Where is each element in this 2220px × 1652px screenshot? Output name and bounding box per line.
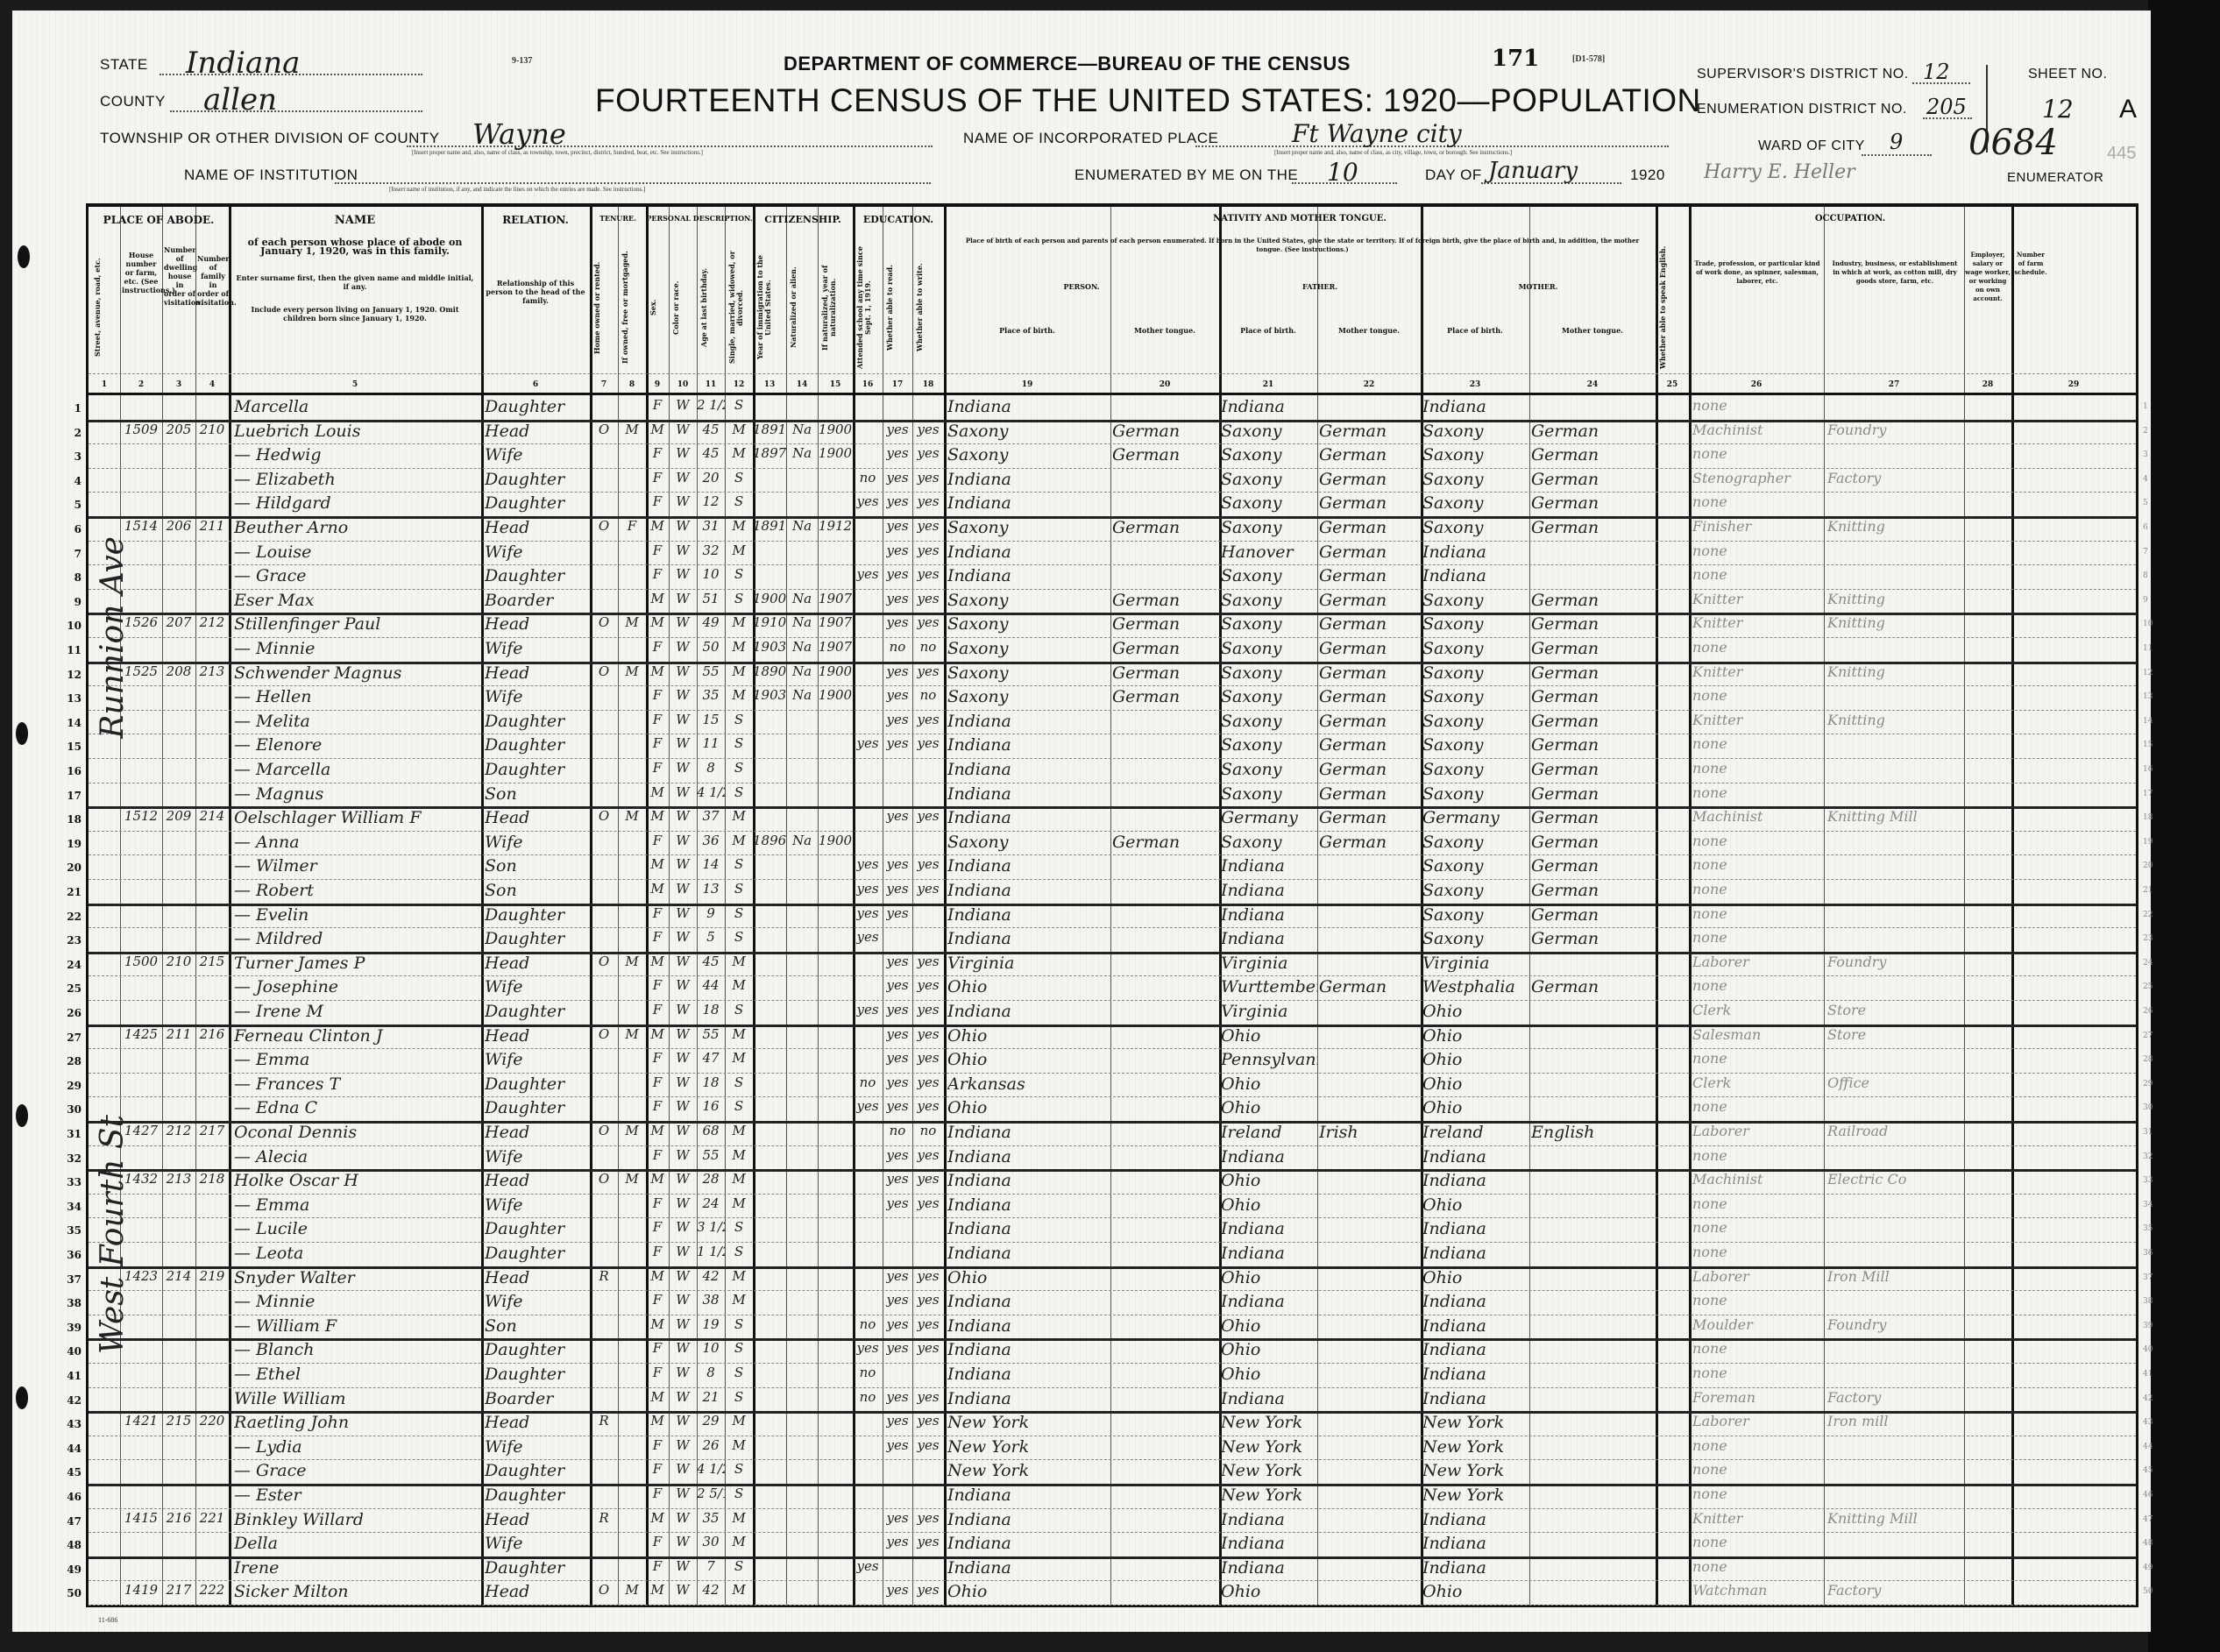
cell-race: W [669,1195,697,1211]
cell-age: 44 [697,977,725,993]
cell-fpob: Indiana [1221,1292,1317,1311]
c9-label: Sex. [649,242,667,373]
cell-occ: none [1692,760,1824,776]
cell-age: 26 [697,1437,725,1453]
cell-ms: S [725,760,753,776]
line-number-right: 21 [2143,886,2162,895]
cell-sex: F [646,1365,669,1380]
cell-mmt: German [1531,614,1654,634]
column-number: 21 [1219,380,1317,389]
cell-naty: 1900 [818,445,853,461]
cell-name: — William F [234,1316,479,1336]
cell-nat: Na [786,614,818,630]
institution-note: [Insert name of institution, if any, and… [389,186,646,193]
cell-mmt: German [1531,663,1654,683]
cell-wr: yes [912,1316,944,1332]
cell-fpob: Indiana [1221,856,1317,876]
line-number: 50 [62,1587,82,1599]
cell-rd: yes [883,977,912,993]
cell-own: O [590,518,618,534]
cell-rel: Daughter [485,397,588,416]
cell-race: W [669,614,697,630]
scan-border [2148,0,2220,1652]
cell-mt: German [1112,422,1217,441]
cell-rel: Son [485,856,588,876]
cell-pob: Indiana [947,784,1109,804]
cell-age: 9 [697,905,725,921]
c13-label: Year of immigration to the United States… [756,242,784,373]
cell-sex: M [646,1389,669,1405]
cell-dw: 211 [162,1026,195,1042]
cell-ms: M [725,954,753,969]
cell-ind: Knitting [1827,614,1964,631]
cell-race: W [669,566,697,582]
cell-occ: none [1692,1437,1824,1454]
cell-occ: none [1692,1244,1824,1260]
cell-rd: yes [883,591,912,606]
cell-age: 28 [697,1171,725,1187]
cell-mpob: Saxony [1422,470,1529,489]
cell-race: W [669,1485,697,1501]
cell-fpob: Saxony [1221,591,1317,610]
cell-race: W [669,808,697,824]
cell-occ: Clerk [1692,1074,1824,1091]
cell-wr: yes [912,1195,944,1211]
cell-fpob: Ohio [1221,1026,1317,1046]
cell-age: 29 [697,1413,725,1429]
cell-fmt: German [1319,445,1421,464]
table-row: 221509205210Luebrich LouisHeadOMMW45M189… [89,420,2136,445]
table-row: 55— HildgardDaughterFW12SyesyesyesIndian… [89,492,2136,519]
cell-race: W [669,1534,697,1549]
cell-rel: Head [485,1510,588,1529]
occ-employer-label: Employer, salary or wage worker, or work… [1964,251,2011,303]
line-number: 44 [62,1443,82,1455]
line-number-right: 39 [2143,1322,2162,1330]
cell-house: 1421 [120,1413,162,1429]
cell-ms: S [725,1365,753,1380]
cell-age: 1 1/2 [697,1244,725,1259]
column-number: 24 [1529,380,1656,389]
line-number: 6 [62,523,82,535]
table-row: 2020— WilmerSonMW14SyesyesyesIndianaIndi… [89,854,2136,880]
cell-ms: S [725,566,753,582]
cell-race: W [669,929,697,945]
cell-race: W [669,1147,697,1163]
cell-mt: German [1112,614,1217,634]
cell-rel: Head [485,518,588,537]
line-number-right: 30 [2143,1103,2162,1112]
cell-race: W [669,1510,697,1526]
cell-mpob: Saxony [1422,493,1529,513]
table-row: 2525— JosephineWifeFW44MyesyesOhioWurtte… [89,975,2136,1001]
cell-fpob: Saxony [1221,784,1317,804]
cell-name: — Josephine [234,977,479,996]
cell-sch: yes [853,1340,883,1356]
cell-ms: S [725,1558,753,1574]
cell-fpob: Ohio [1221,1316,1317,1336]
cell-sex: M [646,1582,669,1598]
line-number-right: 12 [2143,669,2162,677]
line-number-right: 18 [2143,813,2162,822]
cell-rel: Daughter [485,1219,588,1238]
cell-mmt: German [1531,493,1654,513]
cell-age: 24 [697,1195,725,1211]
cell-wr: yes [912,1074,944,1090]
cell-pob: Saxony [947,518,1109,537]
cell-occ: none [1692,881,1824,897]
cell-name: Turner James P [234,954,479,973]
cell-pob: Indiana [947,1316,1109,1336]
cell-sex: M [646,1026,669,1042]
cell-sch: no [853,1316,883,1332]
cell-sex: F [646,639,669,655]
column-number: 27 [1824,380,1964,389]
cell-rd: yes [883,1437,912,1453]
cell-rd: yes [883,470,912,486]
cell-mpob: Indiana [1422,1558,1529,1578]
cell-ms: M [725,833,753,848]
cell-occ: Machinist [1692,1171,1824,1188]
cell-mt: German [1112,591,1217,610]
cell-mmt: German [1531,881,1654,900]
cell-rd: yes [883,542,912,558]
form-number: 9-137 [512,56,532,66]
cell-age: 12 [697,493,725,509]
street-name-1: Runnion Ave [95,536,131,739]
cell-sex: F [646,470,669,486]
cell-fpob: Ohio [1221,1268,1317,1287]
cell-race: W [669,1365,697,1380]
cell-pob: New York [947,1437,1109,1457]
cell-rd: yes [883,1050,912,1066]
cell-mort: M [618,663,646,679]
line-number-right: 3 [2143,450,2162,459]
occ-trade-label: Trade, profession, or particular kind of… [1694,259,1820,286]
cell-mmt: German [1531,422,1654,441]
table-row: 12121525208213Schwender MagnusHeadOMMW55… [89,662,2136,687]
cell-wr: yes [912,591,944,606]
cell-own: R [590,1510,618,1526]
cell-dw: 217 [162,1582,195,1598]
group-name: NAME [229,214,481,227]
cell-mort: M [618,954,646,969]
cell-occ: Laborer [1692,954,1824,970]
line-number-right: 1 [2143,402,2162,411]
cell-dw: 213 [162,1171,195,1187]
cell-ms: S [725,1002,753,1017]
cell-race: W [669,1316,697,1332]
cell-occ: none [1692,566,1824,583]
cell-own: O [590,1123,618,1138]
cell-mort: M [618,808,646,824]
cell-fmt: German [1319,808,1421,827]
cell-race: W [669,1340,697,1356]
cell-pob: New York [947,1413,1109,1432]
column-number: 12 [725,380,753,389]
table-row: 1414— MelitaDaughterFW15SyesyesIndianaSa… [89,710,2136,735]
cell-rel: Daughter [485,566,588,585]
cell-mpob: Ohio [1422,1026,1529,1046]
cell-ms: M [725,1147,753,1163]
line-number-right: 15 [2143,741,2162,749]
cell-ms: M [725,687,753,703]
column-number: 18 [912,380,944,389]
cell-age: 21 [697,1389,725,1405]
cell-ms: M [725,1026,753,1042]
cell-wr: yes [912,1171,944,1187]
cell-name: — Ester [234,1485,479,1505]
cell-rd: yes [883,1389,912,1405]
line-number: 40 [62,1345,82,1358]
line-number-right: 13 [2143,692,2162,701]
cell-dw: 216 [162,1510,195,1526]
cell-race: W [669,1123,697,1138]
cell-fpob: Ohio [1221,1195,1317,1215]
line-number: 27 [62,1032,82,1044]
cell-sex: F [646,1050,669,1066]
cell-race: W [669,1002,697,1017]
cell-sex: M [646,1123,669,1138]
father-pob-label: Place of birth. [1219,326,1317,335]
cell-mpob: Indiana [1422,566,1529,585]
census-sheet: State Indiana County allen 9-137 Townshi… [12,11,2151,1632]
c10-label: Color or race. [672,242,695,373]
cell-name: — Magnus [234,784,479,804]
column-number: 7 [590,380,618,389]
table-row: 27271425211216Ferneau Clinton JHeadOMMW5… [89,1025,2136,1050]
cell-mpob: Saxony [1422,760,1529,779]
cell-own: O [590,663,618,679]
cell-own: R [590,1413,618,1429]
cell-sex: F [646,833,669,848]
cell-ms: S [725,397,753,413]
cell-wr: yes [912,1147,944,1163]
cell-sex: M [646,856,669,872]
cell-rd: yes [883,1510,912,1526]
cell-name: Irene [234,1558,479,1578]
cell-name: — Emma [234,1050,479,1069]
cell-race: W [669,1026,697,1042]
cell-sex: M [646,1268,669,1284]
cell-name: — Blanch [234,1340,479,1359]
group-relation: RELATION. [481,214,590,226]
cell-occ: none [1692,1292,1824,1308]
cell-wr: yes [912,1002,944,1017]
cell-sex: F [646,735,669,751]
cell-race: W [669,397,697,413]
cell-age: 13 [697,881,725,897]
cell-fpob: Indiana [1221,1510,1317,1529]
cell-fam: 212 [195,614,229,630]
cell-rd: yes [883,735,912,751]
cell-pob: Indiana [947,905,1109,925]
census-table: PLACE OF ABODE. NAME RELATION. TENURE. P… [86,203,2138,1607]
cell-rd: yes [883,687,912,703]
cell-mmt: German [1531,905,1654,925]
column-number: 19 [944,380,1110,389]
cell-race: W [669,1050,697,1066]
cell-mpob: Saxony [1422,639,1529,658]
cell-age: 36 [697,833,725,848]
cell-mpob: Ohio [1422,1074,1529,1094]
cell-rel: Daughter [485,905,588,925]
enumerated-month: January [1488,158,1578,184]
cell-ms: S [725,1219,753,1235]
cell-sex: M [646,954,669,969]
cell-nat: Na [786,445,818,461]
table-row: 88— GraceDaughterFW10SyesyesyesIndianaSa… [89,564,2136,590]
cell-ms: M [725,614,753,630]
cell-mpob: Saxony [1422,445,1529,464]
cell-name: — Lucile [234,1219,479,1238]
cell-rd: yes [883,808,912,824]
cell-mpob: Saxony [1422,833,1529,852]
cell-ind: Knitting [1827,712,1964,728]
cell-naty: 1907 [818,639,853,655]
county-label: County [100,93,166,110]
cell-rel: Daughter [485,1098,588,1117]
cell-mt: German [1112,663,1217,683]
cell-pob: Indiana [947,1195,1109,1215]
enumerated-year: 1920 [1630,167,1665,184]
table-row: 4444— LydiaWifeFW26MyesyesNew YorkNew Yo… [89,1436,2136,1461]
cell-name: — Marcella [234,760,479,779]
cell-house: 1425 [120,1026,162,1042]
cell-rel: Wife [485,833,588,852]
cell-race: W [669,445,697,461]
cell-imm: 1900 [753,591,786,606]
cell-sex: M [646,422,669,437]
cell-wr: yes [912,542,944,558]
group-tenure: TENURE. [590,214,646,223]
cell-rd: yes [883,954,912,969]
cell-pob: Indiana [947,1365,1109,1384]
cell-fpob: Wurttemberg [1221,977,1317,996]
cell-mort: M [618,1123,646,1138]
line-number: 23 [62,934,82,947]
cell-rd: yes [883,1413,912,1429]
cell-name: — Wilmer [234,856,479,876]
cell-wr: yes [912,470,944,486]
line-number: 24 [62,959,82,971]
column-number: 1 [89,380,120,389]
cell-fpob: Indiana [1221,1558,1317,1578]
cell-occ: none [1692,493,1824,510]
cell-fpob: Ohio [1221,1074,1317,1094]
cell-mmt: German [1531,639,1654,658]
table-row: 4545— GraceDaughterFW4 1/2SNew YorkNew Y… [89,1459,2136,1486]
table-row: 4848DellaWifeFW30MyesyesIndianaIndianaIn… [89,1532,2136,1559]
line-number-right: 4 [2143,475,2162,484]
cell-race: W [669,1437,697,1453]
cell-occ: none [1692,856,1824,873]
cell-rel: Head [485,954,588,973]
c16-label: Attended school any time since Sept. 1, … [856,242,881,373]
cell-wr: yes [912,566,944,582]
cell-age: 32 [697,542,725,558]
cell-mpob: Ohio [1422,1002,1529,1021]
cell-rel: Son [485,784,588,804]
cell-pob: Indiana [947,735,1109,755]
faint-number: 445 [2107,144,2136,164]
cell-ind: Foundry [1827,1316,1964,1333]
cell-age: 2 5/12 [697,1485,725,1501]
relation-desc: Relationship of this person to the head … [485,279,586,305]
cell-mort: M [618,1582,646,1598]
cell-wr: yes [912,1098,944,1114]
column-number: 6 [481,380,590,389]
c12-label: Single, married, widowed, or divorced. [728,242,751,373]
cell-fmt: German [1319,591,1421,610]
cell-rel: Boarder [485,1389,588,1408]
cell-race: W [669,663,697,679]
cell-race: W [669,856,697,872]
cell-name: — Frances T [234,1074,479,1094]
mother-mt-label: Mother tongue. [1529,326,1656,335]
line-number: 28 [62,1055,82,1067]
cell-mmt: German [1531,760,1654,779]
cell-sex: F [646,1534,669,1549]
cell-age: 35 [697,1510,725,1526]
cell-name: — Louise [234,542,479,562]
line-number: 9 [62,596,82,608]
name-desc-2: Enter surname first, then the given name… [234,273,476,291]
cell-sch: yes [853,881,883,897]
cell-sch: yes [853,1098,883,1114]
cell-imm: 1897 [753,445,786,461]
cell-sch: yes [853,1558,883,1574]
cell-wr: no [912,1123,944,1138]
cell-rel: Daughter [485,493,588,513]
cell-mpob: Ireland [1422,1123,1529,1142]
group-personal: PERSONAL DESCRIPTION. [646,214,753,223]
cell-occ: Moulder [1692,1316,1824,1333]
cell-age: 18 [697,1074,725,1090]
cell-age: 50 [697,639,725,655]
incorporated-label: Name of incorporated place [963,130,1218,147]
line-number-right: 41 [2143,1370,2162,1379]
cell-ms: M [725,1268,753,1284]
cell-sch: yes [853,493,883,509]
line-number-right: 8 [2143,571,2162,580]
cell-own: O [590,422,618,437]
cell-rel: Head [485,1026,588,1046]
cell-pob: Ohio [947,1582,1109,1601]
punch-hole [18,245,30,268]
cell-dw: 208 [162,663,195,679]
person-mt-label: Mother tongue. [1110,326,1219,335]
line-number-right: 17 [2143,790,2162,798]
cell-mmt: German [1531,712,1654,731]
cell-mt: German [1112,833,1217,852]
cell-fpob: Saxony [1221,470,1317,489]
line-number-right: 25 [2143,982,2162,991]
cell-naty: 1900 [818,687,853,703]
column-number: 8 [618,380,646,389]
occ-industry-label: Industry, business, or establishment in … [1829,259,1961,286]
cell-fpob: Saxony [1221,833,1317,852]
cell-occ: Clerk [1692,1002,1824,1018]
cell-pob: Saxony [947,663,1109,683]
cell-age: 16 [697,1098,725,1114]
cell-wr: no [912,639,944,655]
cell-pob: Indiana [947,397,1109,416]
cell-imm: 1896 [753,833,786,848]
cell-name: — Mildred [234,929,479,948]
column-number: 5 [229,380,481,389]
cell-sex: F [646,1002,669,1017]
